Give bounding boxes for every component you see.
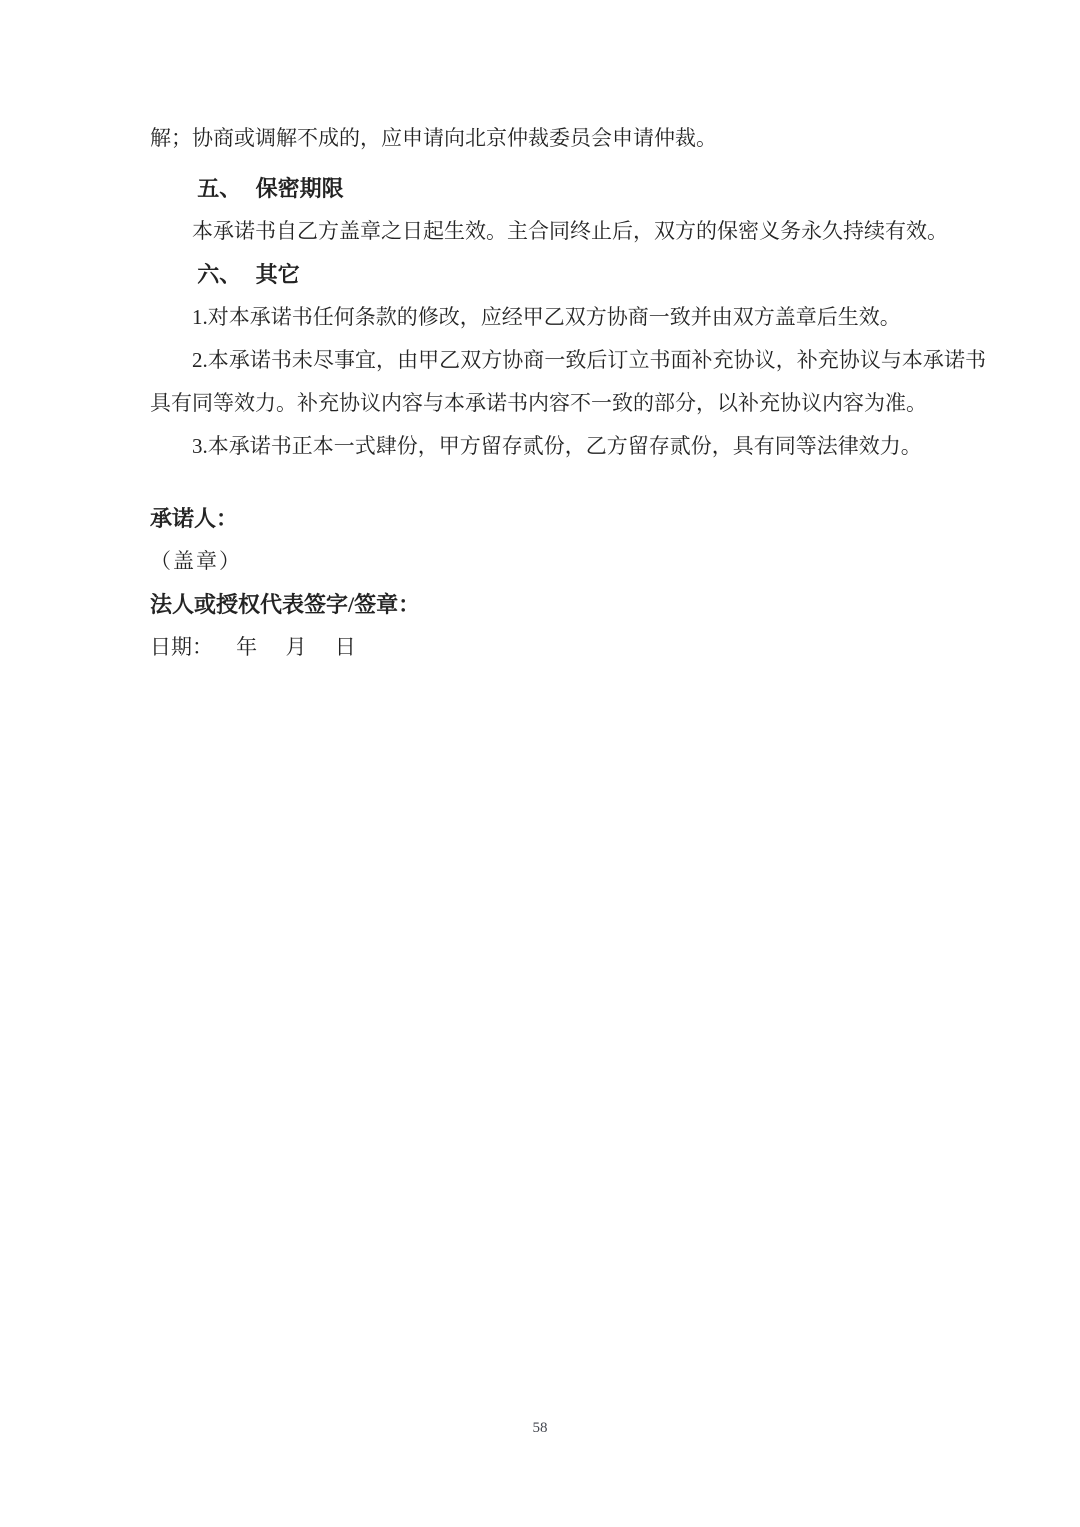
section-5-title: 保密期限	[256, 176, 344, 201]
section-5-body: 本承诺书自乙方盖章之日起生效。主合同终止后，双方的保密义务永久持续有效。	[150, 210, 986, 253]
section-6-item-3: 3.本承诺书正本一式肆份，甲方留存贰份，乙方留存贰份，具有同等法律效力。	[150, 425, 986, 468]
section-6-title: 其它	[256, 262, 300, 287]
section-5-heading: 五、保密期限	[150, 167, 986, 210]
document-page: 解；协商或调解不成的，应申请向北京仲裁委员会申请仲裁。 五、保密期限 本承诺书自…	[0, 0, 1080, 1527]
promisor-label: 承诺人：	[150, 497, 986, 540]
section-6-number: 六、	[197, 262, 241, 287]
paragraph-arbitration-continuation: 解；协商或调解不成的，应申请向北京仲裁委员会申请仲裁。	[150, 117, 986, 160]
year-label: 年	[236, 635, 257, 659]
document-body: 解；协商或调解不成的，应申请向北京仲裁委员会申请仲裁。 五、保密期限 本承诺书自…	[150, 117, 986, 669]
signature-block: 承诺人： （盖章） 法人或授权代表签字/签章： 日期：年月日	[150, 497, 986, 669]
section-6-heading: 六、其它	[150, 253, 986, 296]
month-label: 月	[285, 635, 306, 659]
section-6-item-2: 2.本承诺书未尽事宜，由甲乙双方协商一致后订立书面补充协议，补充协议与本承诺书具…	[150, 339, 986, 425]
section-6-item-1: 1.对本承诺书任何条款的修改，应经甲乙双方协商一致并由双方盖章后生效。	[150, 296, 986, 339]
page-number: 58	[0, 1420, 1080, 1437]
seal-label: （盖章）	[150, 540, 986, 583]
section-5-number: 五、	[197, 176, 241, 201]
date-line: 日期：年月日	[150, 626, 986, 669]
representative-signature-label: 法人或授权代表签字/签章：	[150, 583, 986, 626]
date-label: 日期：	[150, 635, 213, 659]
day-label: 日	[335, 635, 356, 659]
